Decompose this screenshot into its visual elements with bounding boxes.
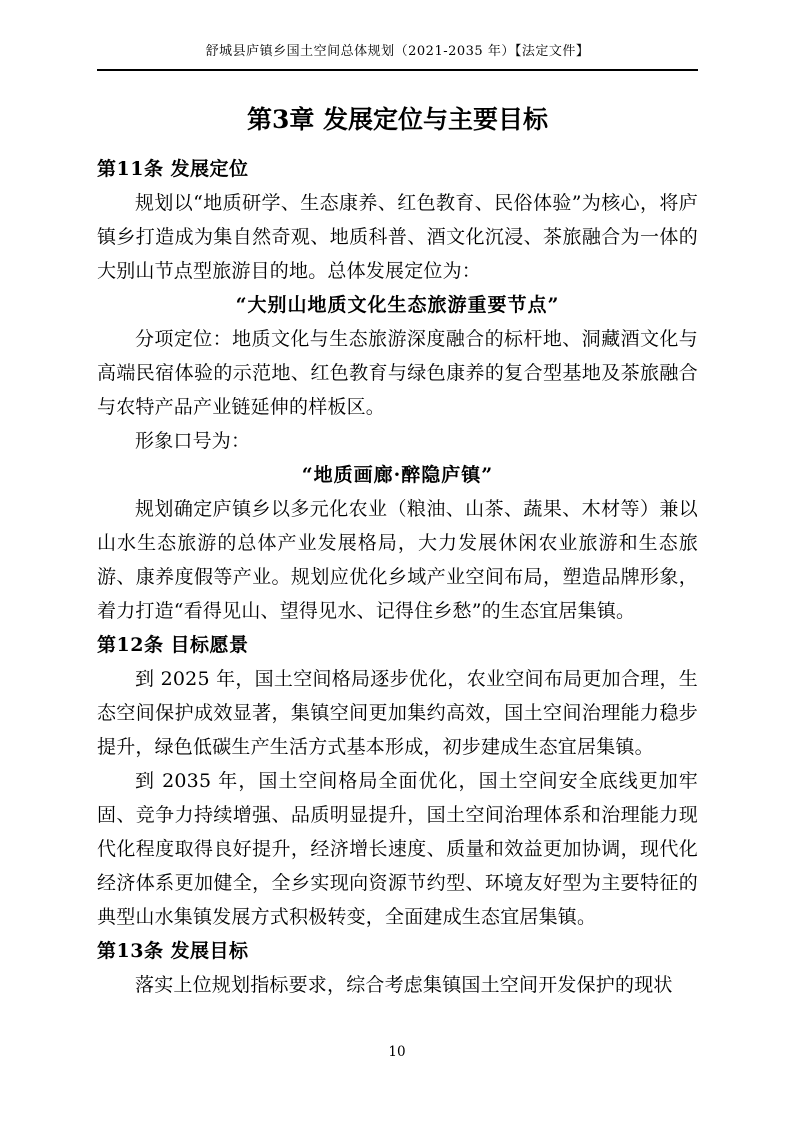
- document-page: 舒城县庐镇乡国土空间总体规划（2021-2035 年）【法定文件】 第3章 发展…: [0, 0, 794, 1122]
- page-number: 10: [0, 1044, 794, 1060]
- overall-positioning-slogan: “大别山地质文化生态旅游重要节点”: [97, 288, 698, 322]
- article-13-heading: 第13条 发展目标: [97, 934, 698, 968]
- header-title: 舒城县庐镇乡国土空间总体规划（2021-2035 年）【法定文件】: [206, 44, 590, 59]
- image-slogan: “地质画廊·醉隐庐镇”: [97, 458, 698, 492]
- article-11-paragraph-4: 规划确定庐镇乡以多元化农业（粮油、山茶、蔬果、木材等）兼以山水生态旅游的总体产业…: [97, 492, 698, 628]
- article-12-paragraph-2: 到 2035 年，国土空间格局全面优化，国土空间安全底线更加牢固、竞争力持续增强…: [97, 764, 698, 934]
- article-12-heading: 第12条 目标愿景: [97, 628, 698, 662]
- article-11-paragraph-1: 规划以“地质研学、生态康养、红色教育、民俗体验”为核心，将庐镇乡打造成为集自然奇…: [97, 186, 698, 288]
- document-header: 舒城县庐镇乡国土空间总体规划（2021-2035 年）【法定文件】: [97, 44, 698, 71]
- article-11-paragraph-3: 形象口号为：: [97, 424, 698, 458]
- article-13-paragraph-1: 落实上位规划指标要求，综合考虑集镇国土空间开发保护的现状: [97, 968, 698, 1002]
- chapter-title: 第3章 发展定位与主要目标: [97, 104, 698, 137]
- article-12-paragraph-1: 到 2025 年，国土空间格局逐步优化，农业空间布局更加合理，生态空间保护成效显…: [97, 662, 698, 764]
- article-11-paragraph-2: 分项定位：地质文化与生态旅游深度融合的标杆地、洞藏酒文化与高端民宿体验的示范地、…: [97, 322, 698, 424]
- article-11-heading: 第11条 发展定位: [97, 152, 698, 186]
